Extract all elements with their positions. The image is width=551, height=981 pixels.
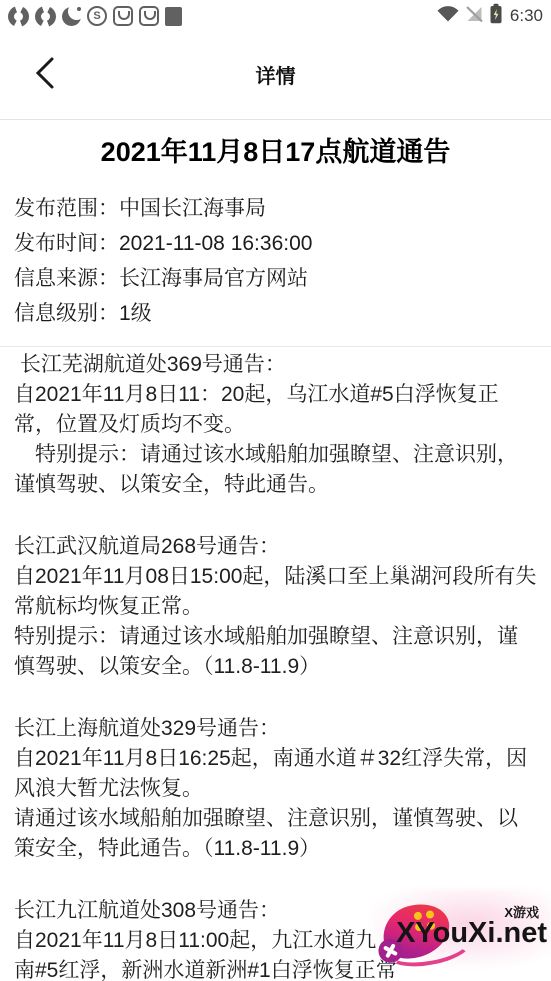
segmented-ring-app-icon xyxy=(35,6,56,27)
wifi-icon xyxy=(437,5,459,27)
meta-label: 发布范围： xyxy=(14,197,119,220)
notice-block: 长江武汉航道局268号通告：自2021年11月08日15:00起，陆溪口至上巢湖… xyxy=(14,532,537,682)
notice-paragraph: 特别提示：请通过该水域船舶加强瞭望、注意识别，谨慎驾驶、以策安全。（11.8-1… xyxy=(14,622,537,682)
notice-block: 长江上海航道处329号通告：自2021年11月8日16:25起，南通水道＃32红… xyxy=(14,714,537,864)
meta-label: 信息来源： xyxy=(14,267,119,290)
notice-paragraph: 自2021年11月08日15:00起，陆溪口至上巢湖河段所有失常航标均恢复正常。 xyxy=(14,562,537,622)
notice-paragraph: 自2021年11月8日16:25起，南通水道＃32红浮失常，因风浪大暂尤法恢复。 xyxy=(14,744,537,804)
notice-paragraph: 自2021年11月8日11：20起，乌江水道#5白浮恢复正常，位置及灯质均不变。 xyxy=(14,380,537,440)
s-badge-icon: S xyxy=(87,6,107,26)
bag-store-icon xyxy=(113,6,133,26)
notice-title: 2021年11月8日17点航道通告 xyxy=(14,132,537,172)
segmented-ring-app-icon xyxy=(8,6,29,27)
meta-value: 中国长江海事局 xyxy=(119,197,266,220)
status-bar-system-icons: 6:30 xyxy=(437,3,543,29)
notice-heading: 长江芜湖航道处369号通告： xyxy=(14,350,537,380)
meta-row: 信息级别：1级 xyxy=(14,296,537,331)
battery-charging-icon xyxy=(490,3,502,29)
phone-screen: S 6:30 详情 2021年11月8日17点航道通告 xyxy=(0,0,551,981)
status-bar-clock: 6:30 xyxy=(510,6,543,26)
article-body: 长江芜湖航道处369号通告：自2021年11月8日11：20起，乌江水道#5白浮… xyxy=(14,347,537,981)
meta-value: 1级 xyxy=(119,302,152,325)
notice-block: 长江芜湖航道处369号通告：自2021年11月8日11：20起，乌江水道#5白浮… xyxy=(14,350,537,500)
status-bar-notification-icons: S xyxy=(8,6,182,27)
meta-label: 信息级别： xyxy=(14,302,119,325)
meta-value: 长江海事局官方网站 xyxy=(119,267,308,290)
meta-label: 发布时间： xyxy=(14,232,119,255)
back-button[interactable] xyxy=(34,57,62,93)
bag-store-icon xyxy=(139,6,159,26)
meta-value: 2021-11-08 16:36:00 xyxy=(119,232,312,255)
moon-night-mode-icon xyxy=(62,7,81,26)
notice-heading: 长江上海航道处329号通告： xyxy=(14,714,537,744)
meta-row: 信息来源：长江海事局官方网站 xyxy=(14,261,537,296)
notice-heading: 长江武汉航道局268号通告： xyxy=(14,532,537,562)
status-bar: S 6:30 xyxy=(0,0,551,30)
site-watermark: X游戏 XYouXi.net xyxy=(372,893,551,975)
watermark-site-name: XYouXi.net xyxy=(396,917,547,950)
filled-square-icon xyxy=(165,7,182,26)
notice-paragraph: 请通过该水域船舶加强瞭望、注意识别，谨慎驾驶、以策安全，特此通告。（11.8-1… xyxy=(14,804,537,864)
chevron-left-icon xyxy=(34,56,56,93)
notice-article: 2021年11月8日17点航道通告 发布范围：中国长江海事局发布时间：2021-… xyxy=(0,132,551,981)
meta-row: 发布时间：2021-11-08 16:36:00 xyxy=(14,226,537,261)
app-header: 详情 xyxy=(0,30,551,120)
page-title: 详情 xyxy=(256,60,296,89)
notice-paragraph: 特别提示：请通过该水域船舶加强瞭望、注意识别，谨慎驾驶、以策安全，特此通告。 xyxy=(14,440,537,500)
article-meta: 发布范围：中国长江海事局发布时间：2021-11-08 16:36:00信息来源… xyxy=(14,191,537,331)
meta-row: 发布范围：中国长江海事局 xyxy=(14,191,537,226)
no-signal-icon xyxy=(465,5,484,27)
